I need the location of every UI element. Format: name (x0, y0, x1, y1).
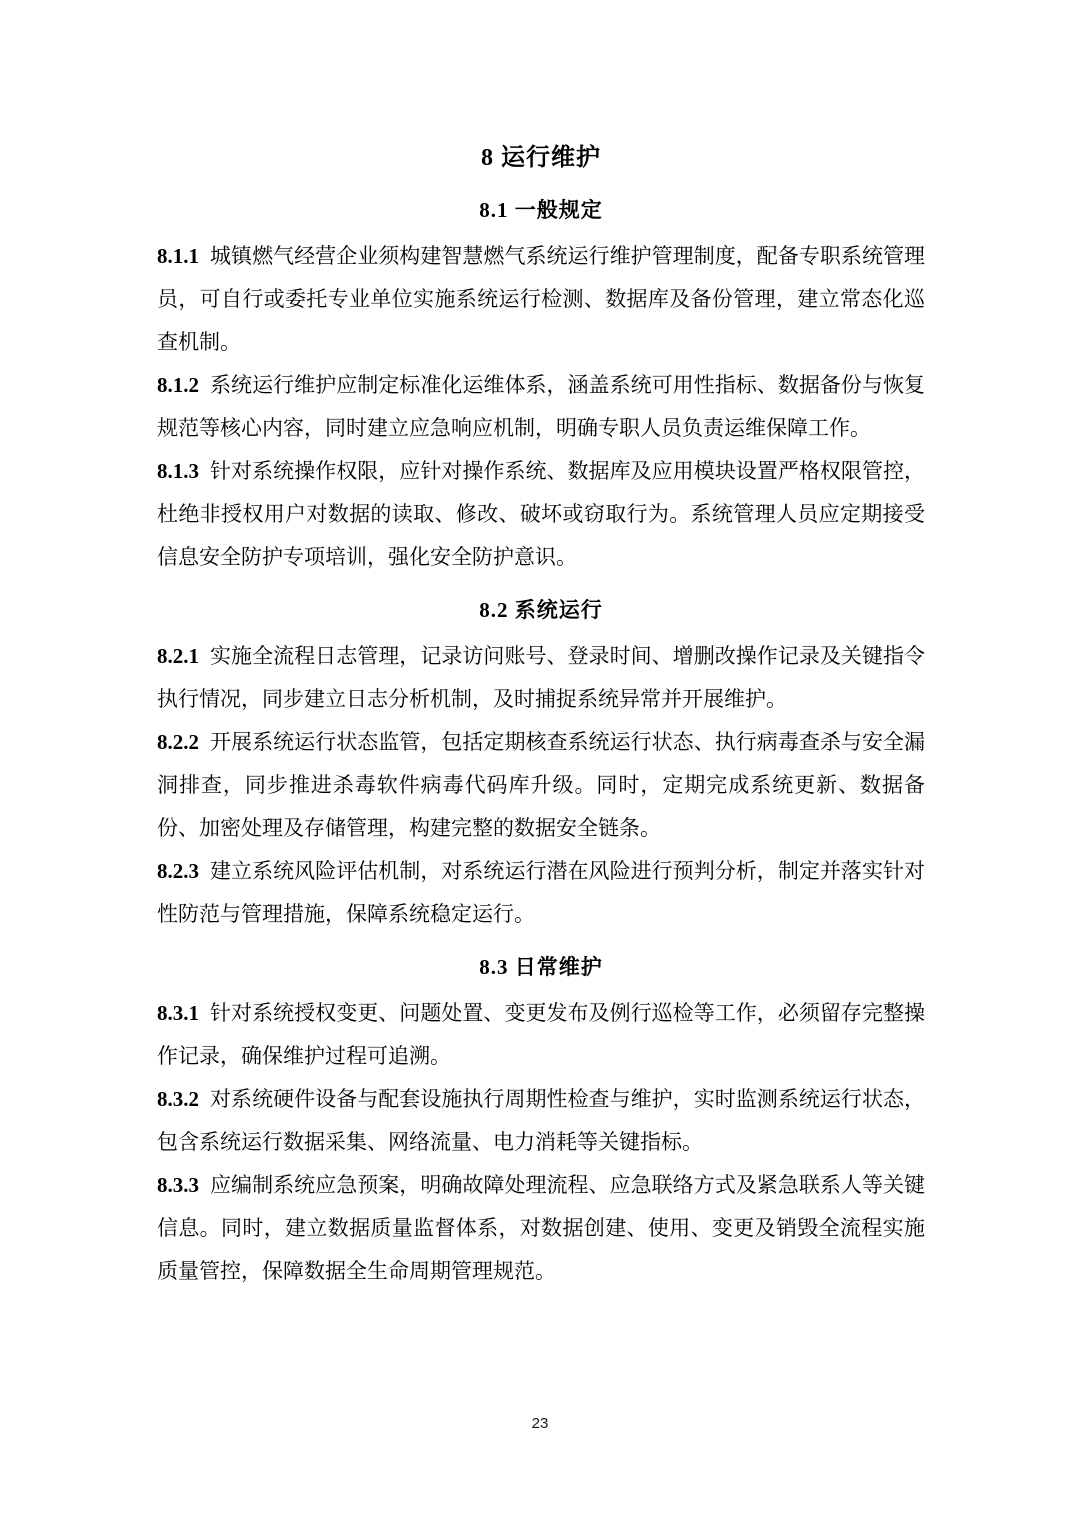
clause-text: 建立系统风险评估机制，对系统运行潜在风险进行预判分析，制定并落实针对性防范与管理… (157, 859, 925, 926)
clause-number: 8.3.3 (157, 1173, 210, 1197)
paragraph-8-2-1: 8.2.1实施全流程日志管理，记录访问账号、登录时间、增删改操作记录及关键指令执… (157, 635, 925, 721)
clause-text: 实施全流程日志管理，记录访问账号、登录时间、增删改操作记录及关键指令执行情况，同… (157, 644, 925, 711)
clause-number: 8.2.3 (157, 859, 210, 883)
paragraph-8-2-2: 8.2.2开展系统运行状态监管，包括定期核查系统运行状态、执行病毒查杀与安全漏洞… (157, 721, 925, 850)
clause-text: 城镇燃气经营企业须构建智慧燃气系统运行维护管理制度，配备专职系统管理员，可自行或… (157, 244, 925, 354)
clause-number: 8.1.3 (157, 459, 210, 483)
clause-number: 8.3.1 (157, 1001, 210, 1025)
clause-text: 系统运行维护应制定标准化运维体系，涵盖系统可用性指标、数据备份与恢复规范等核心内… (157, 373, 925, 440)
clause-number: 8.1.2 (157, 373, 210, 397)
clause-text: 针对系统操作权限，应针对操作系统、数据库及应用模块设置严格权限管控，杜绝非授权用… (157, 459, 925, 569)
chapter-title: 8 运行维护 (157, 140, 925, 176)
paragraph-8-3-3: 8.3.3应编制系统应急预案，明确故障处理流程、应急联络方式及紧急联系人等关键信… (157, 1164, 925, 1293)
paragraph-8-1-1: 8.1.1城镇燃气经营企业须构建智慧燃气系统运行维护管理制度，配备专职系统管理员… (157, 235, 925, 364)
clause-number: 8.3.2 (157, 1087, 210, 1111)
clause-text: 开展系统运行状态监管，包括定期核查系统运行状态、执行病毒查杀与安全漏洞排查，同步… (157, 730, 925, 840)
document-page: 8 运行维护 8.1 一般规定 8.1.1城镇燃气经营企业须构建智慧燃气系统运行… (0, 0, 1080, 1527)
section-heading-8-3: 8.3 日常维护 (157, 951, 925, 983)
clause-number: 8.1.1 (157, 244, 210, 268)
paragraph-8-3-2: 8.3.2对系统硬件设备与配套设施执行周期性检查与维护，实时监测系统运行状态，包… (157, 1078, 925, 1164)
paragraph-8-3-1: 8.3.1针对系统授权变更、问题处置、变更发布及例行巡检等工作，必须留存完整操作… (157, 992, 925, 1078)
page-content: 8 运行维护 8.1 一般规定 8.1.1城镇燃气经营企业须构建智慧燃气系统运行… (0, 0, 1080, 1293)
page-number: 23 (0, 1415, 1080, 1432)
paragraph-8-1-2: 8.1.2系统运行维护应制定标准化运维体系，涵盖系统可用性指标、数据备份与恢复规… (157, 364, 925, 450)
paragraph-8-2-3: 8.2.3建立系统风险评估机制，对系统运行潜在风险进行预判分析，制定并落实针对性… (157, 850, 925, 936)
section-heading-8-1: 8.1 一般规定 (157, 194, 925, 226)
clause-text: 对系统硬件设备与配套设施执行周期性检查与维护，实时监测系统运行状态，包含系统运行… (157, 1087, 925, 1154)
clause-text: 针对系统授权变更、问题处置、变更发布及例行巡检等工作，必须留存完整操作记录，确保… (157, 1001, 925, 1068)
section-heading-8-2: 8.2 系统运行 (157, 594, 925, 626)
clause-text: 应编制系统应急预案，明确故障处理流程、应急联络方式及紧急联系人等关键信息。同时，… (157, 1173, 925, 1283)
paragraph-8-1-3: 8.1.3针对系统操作权限，应针对操作系统、数据库及应用模块设置严格权限管控，杜… (157, 450, 925, 579)
clause-number: 8.2.2 (157, 730, 210, 754)
clause-number: 8.2.1 (157, 644, 210, 668)
